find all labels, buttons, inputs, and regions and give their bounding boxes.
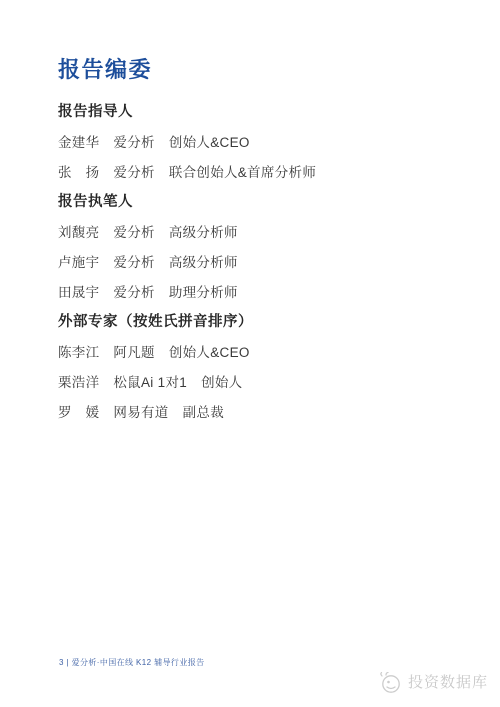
member-row: 陈李江 阿凡题 创始人&CEO	[58, 344, 470, 361]
member-row: 田晟宇 爱分析 助理分析师	[58, 284, 470, 301]
member-name: 栗浩洋	[58, 374, 99, 391]
member-role: 高级分析师	[169, 224, 238, 241]
member-org: 爱分析	[113, 224, 154, 241]
member-row: 张 扬 爱分析 联合创始人&首席分析师	[58, 164, 470, 181]
page-footer: 3 | 爱分析·中国在线 K12 辅导行业报告	[59, 658, 205, 668]
member-role: 创始人&CEO	[169, 344, 250, 361]
member-role: 助理分析师	[169, 284, 238, 301]
member-row: 卢施宇 爱分析 高级分析师	[58, 254, 470, 271]
section-authors: 报告执笔人 刘馥亮 爱分析 高级分析师 卢施宇 爱分析 高级分析师 田晟宇 爱分…	[58, 194, 470, 301]
member-row: 栗浩洋 松鼠Ai 1对1 创始人	[58, 374, 470, 391]
member-name: 刘馥亮	[58, 224, 99, 241]
member-name: 陈李江	[58, 344, 99, 361]
member-org: 阿凡题	[113, 344, 154, 361]
member-name: 田晟宇	[58, 284, 99, 301]
smiley-face-logo-icon	[379, 672, 403, 694]
section-heading-external-experts: 外部专家（按姓氏拼音排序）	[58, 314, 470, 331]
watermark-text: 投资数据库	[408, 672, 488, 694]
member-role: 创始人	[201, 374, 242, 391]
member-role: 创始人&CEO	[169, 134, 250, 151]
member-org: 爱分析	[113, 254, 154, 271]
member-role: 联合创始人&首席分析师	[169, 164, 316, 181]
member-role: 高级分析师	[169, 254, 238, 271]
member-org: 爱分析	[113, 284, 154, 301]
member-role: 副总裁	[183, 404, 224, 421]
member-row: 罗 媛 网易有道 副总裁	[58, 404, 470, 421]
section-advisors: 报告指导人 金建华 爱分析 创始人&CEO 张 扬 爱分析 联合创始人&首席分析…	[58, 104, 470, 181]
watermark: 投资数据库	[379, 672, 488, 694]
section-external-experts: 外部专家（按姓氏拼音排序） 陈李江 阿凡题 创始人&CEO 栗浩洋 松鼠Ai 1…	[58, 314, 470, 421]
member-name: 卢施宇	[58, 254, 99, 271]
member-row: 金建华 爱分析 创始人&CEO	[58, 134, 470, 151]
member-name: 金建华	[58, 134, 99, 151]
member-org: 松鼠Ai 1对1	[113, 374, 187, 391]
member-row: 刘馥亮 爱分析 高级分析师	[58, 224, 470, 241]
page-title: 报告编委	[58, 56, 470, 84]
member-name: 张 扬	[58, 164, 99, 181]
member-org: 爱分析	[113, 134, 154, 151]
page-content: 报告编委 报告指导人 金建华 爱分析 创始人&CEO 张 扬 爱分析 联合创始人…	[58, 56, 470, 434]
section-heading-authors: 报告执笔人	[58, 194, 470, 211]
member-org: 爱分析	[113, 164, 154, 181]
report-page: 报告编委 报告指导人 金建华 爱分析 创始人&CEO 张 扬 爱分析 联合创始人…	[0, 0, 500, 707]
section-heading-advisors: 报告指导人	[58, 104, 470, 121]
member-org: 网易有道	[113, 404, 168, 421]
member-name: 罗 媛	[58, 404, 99, 421]
